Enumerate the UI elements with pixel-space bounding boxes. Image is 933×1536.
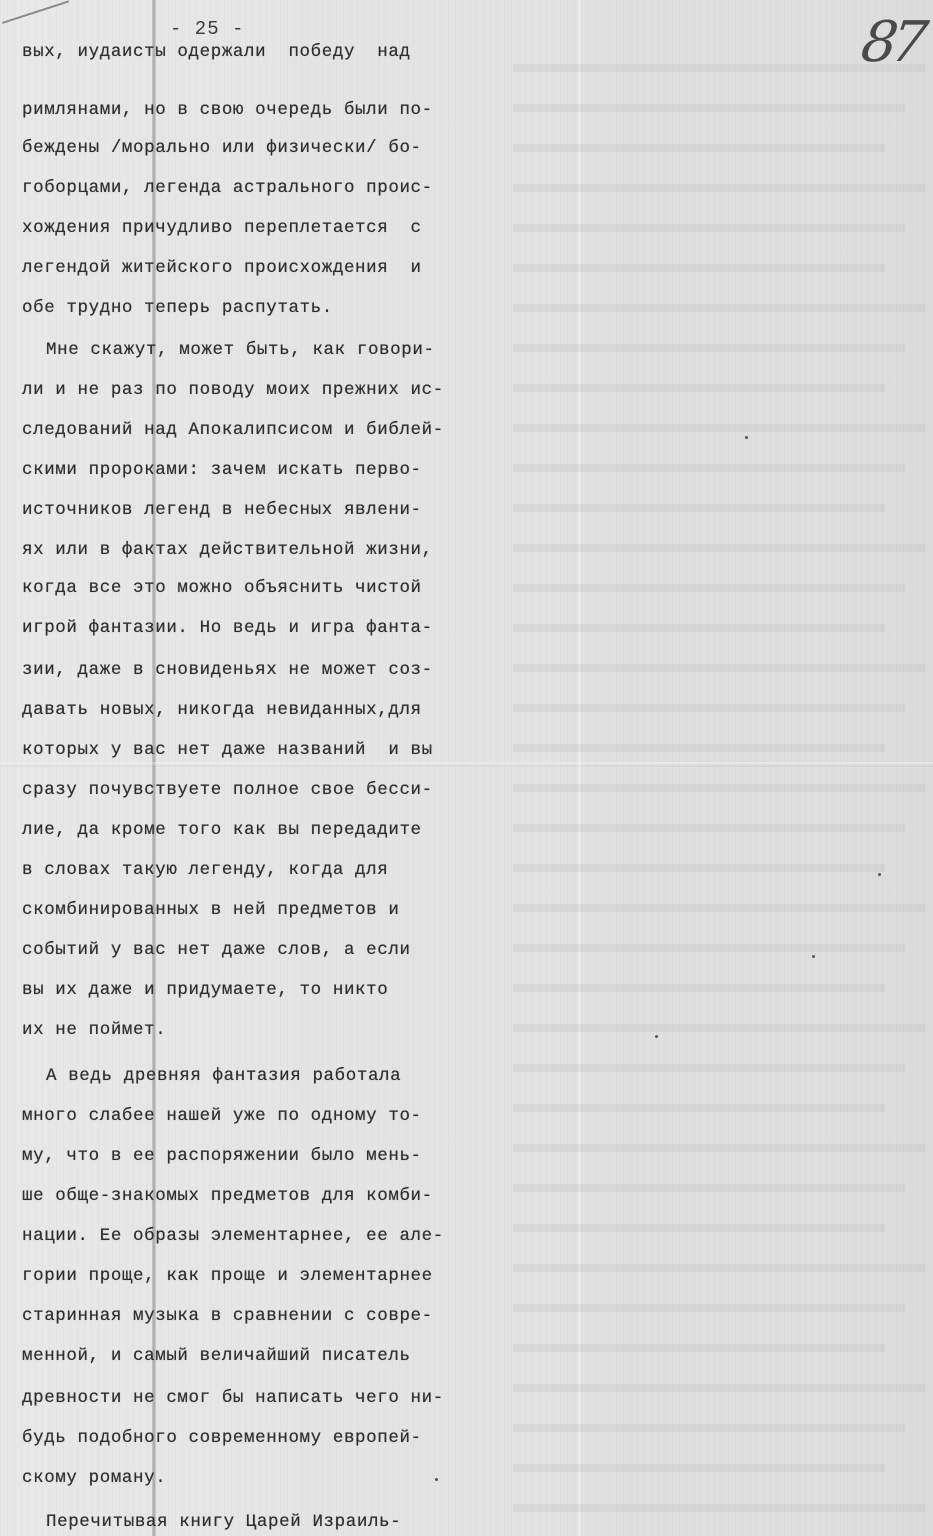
ink-speck [435, 1478, 438, 1481]
bleed-through-line [513, 1024, 925, 1032]
text-line: давать новых, никогда невиданных,для [22, 700, 422, 720]
text-line: источников легенд в небесных явлени- [22, 500, 422, 520]
bleed-through-line [513, 1464, 885, 1472]
bleed-through-line [513, 904, 925, 912]
bleed-through-line [513, 144, 885, 152]
corner-scratch [2, 0, 69, 24]
text-line: лие, да кроме того как вы передадите [22, 820, 422, 840]
bleed-through-line [513, 1064, 905, 1072]
text-line: А ведь древняя фантазия работала [46, 1066, 401, 1086]
text-line: нации. Ее образы элементарнее, ее але- [22, 1226, 444, 1246]
bleed-through-line [513, 624, 885, 632]
text-line: много слабее нашей уже по одному то- [22, 1106, 422, 1126]
bleed-through-line [513, 184, 925, 192]
bleed-through-line [513, 1224, 885, 1232]
text-line: будь подобного современному европей- [22, 1428, 422, 1448]
bleed-through-line [513, 1264, 925, 1272]
ink-speck [812, 955, 815, 958]
text-line: сразу почувствуете полное свое бесси- [22, 780, 433, 800]
text-line: менной, и самый величайший писатель [22, 1346, 411, 1366]
bleed-through-line [513, 504, 885, 512]
text-line: событий у вас нет даже слов, а если [22, 940, 411, 960]
text-line: римлянами, но в свою очередь были по- [22, 100, 433, 120]
scanned-page: - 25 - 87 вых, иудаисты одержали победу … [0, 0, 933, 1536]
bleed-through-line [513, 664, 925, 672]
page-number: - 25 - [170, 18, 244, 40]
bleed-through-line [513, 544, 925, 552]
bleed-through-line [513, 1184, 905, 1192]
text-line: игрой фантазии. Но ведь и игра фанта- [22, 618, 433, 638]
text-line: обе трудно теперь распутать. [22, 298, 333, 318]
ink-speck [655, 1035, 658, 1038]
bleed-through-line [513, 224, 905, 232]
text-line: ше обще-знакомых предметов для комби- [22, 1186, 433, 1206]
bleed-through-line [513, 704, 905, 712]
text-line: вых, иудаисты одержали победу над [22, 42, 411, 62]
bleed-through-line [513, 1504, 925, 1512]
bleed-through-line [513, 1424, 905, 1432]
text-line: когда все это можно объяснить чистой [22, 578, 422, 598]
bleed-through-line [513, 1304, 905, 1312]
bleed-through-line [513, 384, 885, 392]
bleed-through-line [513, 304, 925, 312]
text-line: зии, даже в сновиденьях не может соз- [22, 660, 433, 680]
bleed-through-line [513, 1104, 885, 1112]
ink-speck [745, 436, 748, 439]
text-line: гоборцами, легенда астрального проис- [22, 178, 433, 198]
text-line: скомбинированных в ней предметов и [22, 900, 399, 920]
text-line: Перечитывая книгу Царей Израиль- [46, 1512, 401, 1532]
text-line: в словах такую легенду, когда для [22, 860, 388, 880]
bleed-through-line [513, 824, 905, 832]
text-line: хождения причудливо переплетается с [22, 218, 422, 238]
text-line: старинная музыка в сравнении с совре- [22, 1306, 433, 1326]
bleed-through-line [513, 64, 925, 72]
bleed-through-line [513, 984, 885, 992]
bleed-through-line [513, 264, 885, 272]
bleed-through-line [513, 1344, 885, 1352]
text-line: которых у вас нет даже названий и вы [22, 740, 433, 760]
bleed-through-line [513, 464, 905, 472]
bleed-through-line [513, 344, 905, 352]
text-line: ях или в фактах действительной жизни, [22, 540, 433, 560]
text-line: му, что в ее распоряжении было мень- [22, 1146, 422, 1166]
bleed-through-line [513, 104, 905, 112]
bleed-through-line [513, 1144, 925, 1152]
text-line: древности не смог бы написать чего ни- [22, 1388, 444, 1408]
text-line: гории проще, как проще и элементарнее [22, 1266, 433, 1286]
text-line: беждены /морально или физически/ бо- [22, 138, 422, 158]
text-line: скому роману. [22, 1468, 166, 1488]
bleed-through-line [513, 584, 905, 592]
bleed-through-line [513, 944, 905, 952]
text-line: их не поймет. [22, 1020, 166, 1040]
bleed-through-line [513, 744, 885, 752]
bleed-through-line [513, 1384, 925, 1392]
text-line: ли и не раз по поводу моих прежних ис- [22, 380, 444, 400]
text-line: следований над Апокалипсисом и библей- [22, 420, 444, 440]
text-line: вы их даже и придумаете, то никто [22, 980, 388, 1000]
horizontal-fold-crease [0, 762, 933, 767]
bleed-through-line [513, 864, 885, 872]
bleed-through-line [513, 424, 925, 432]
text-line: скими пророками: зачем искать перво- [22, 460, 422, 480]
text-line: Мне скажут, может быть, как говори- [46, 340, 435, 360]
bleed-through-line [513, 784, 925, 792]
text-line: легендой житейского происхождения и [22, 258, 422, 278]
ink-speck [878, 873, 881, 876]
